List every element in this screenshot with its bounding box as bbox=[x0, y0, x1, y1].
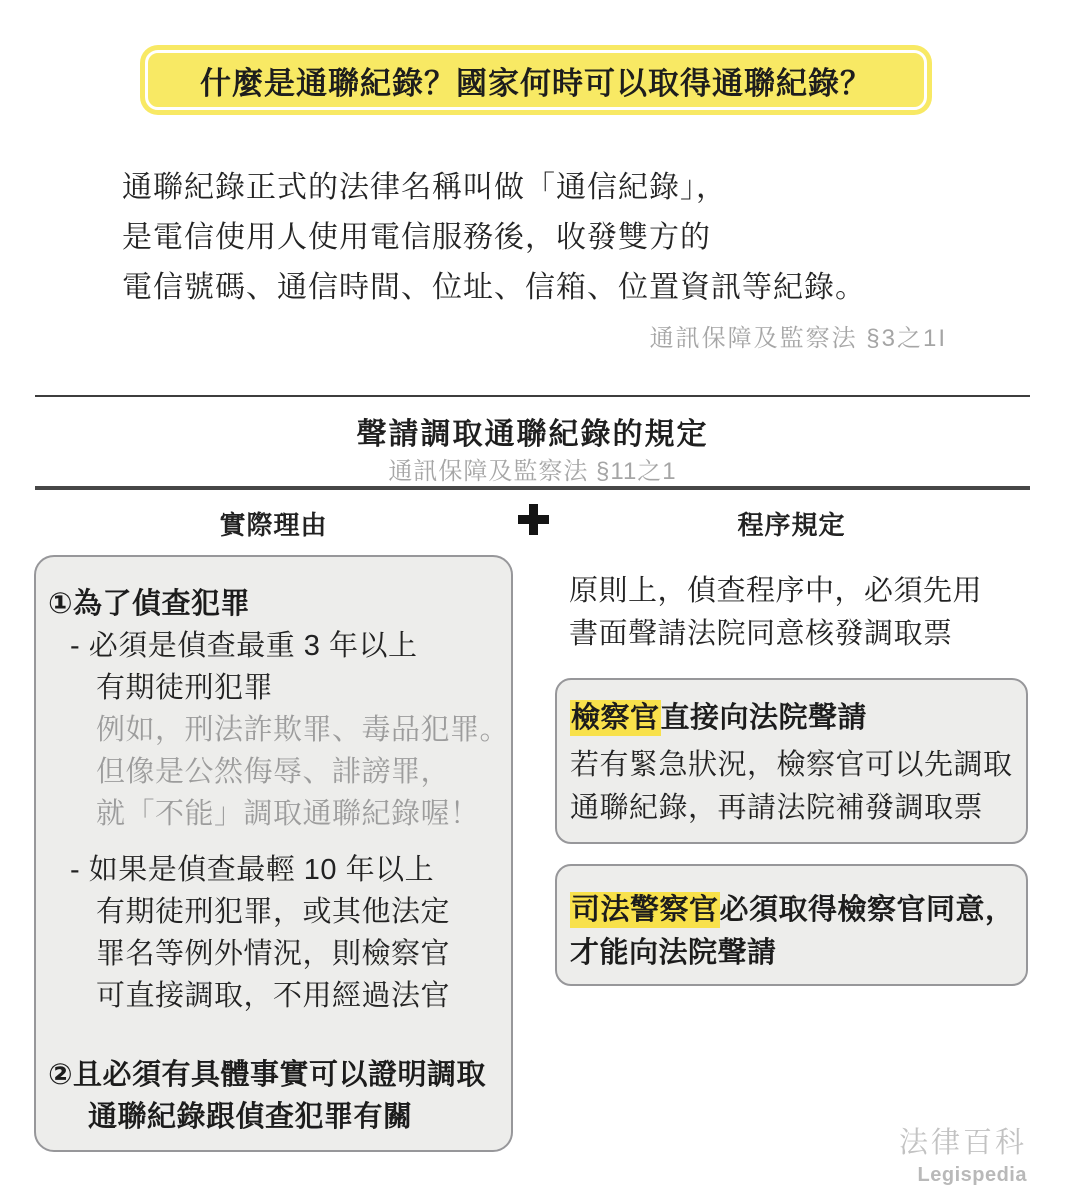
reason-1-note-line: 但像是公然侮辱、誹謗罪， bbox=[96, 751, 503, 793]
reason-1-exception-line: 有期徒刑犯罪，或其他法定 bbox=[96, 891, 503, 933]
prosecutor-card: 檢察官直接向法院聲請 若有緊急狀況，檢察官可以先調取 通聯紀錄，再請法院補發調取… bbox=[555, 678, 1028, 844]
highlight-judicial-police: 司法警察官 bbox=[570, 892, 720, 928]
brand-name-chinese: 法律百科 bbox=[899, 1120, 1027, 1161]
reason-1-note-line: 例如，刑法詐欺罪、毒品犯罪。 bbox=[96, 709, 503, 751]
reason-1-title: ①為了偵查犯罪 bbox=[48, 583, 503, 625]
law-citation-section: 通訊保障及監察法 §11之1 bbox=[0, 451, 1065, 486]
column-header-procedures: 程序規定 bbox=[555, 505, 1028, 542]
reason-2-line: 通聯紀錄跟偵查犯罪有關 bbox=[88, 1096, 503, 1138]
prosecutor-card-body-line: 通聯紀錄，再請法院補發調取票 bbox=[570, 787, 1026, 830]
infographic-page: { "banner": { "title": "什麼是通聯紀錄？國家何時可以取得… bbox=[0, 0, 1065, 1199]
reason-2-line: ②且必須有具體事實可以證明調取 bbox=[48, 1054, 503, 1096]
police-card: 司法警察官必須取得檢察官同意， 才能向法院聲請 bbox=[555, 864, 1028, 986]
section-title: 聲請調取通聯紀錄的規定 bbox=[0, 409, 1065, 453]
brand-logo: 法律百科 Legispedia bbox=[899, 1120, 1027, 1187]
law-citation-definition: 通訊保障及監察法 §3之1I bbox=[0, 318, 947, 353]
reason-1-exception-line: - 如果是偵查最輕 10 年以上 bbox=[70, 849, 503, 891]
definition-line: 電信號碼、通信時間、位址、信箱、位置資訊等紀錄。 bbox=[122, 263, 866, 313]
divider-bottom bbox=[35, 486, 1030, 490]
reason-1-exception-line: 罪名等例外情況，則檢察官 bbox=[96, 933, 503, 975]
definition-line: 通聯紀錄正式的法律名稱叫做「通信紀錄」， bbox=[122, 163, 866, 213]
highlight-prosecutor: 檢察官 bbox=[570, 700, 661, 736]
procedure-intro: 原則上，偵查程序中，必須先用 書面聲請法院同意核發調取票 bbox=[569, 570, 982, 656]
reasons-card: ①為了偵查犯罪 - 必須是偵查最重 3 年以上 有期徒刑犯罪 例如，刑法詐欺罪、… bbox=[34, 555, 513, 1152]
prosecutor-card-title: 檢察官直接向法院聲請 bbox=[570, 697, 1026, 740]
title-banner: 什麼是通聯紀錄？國家何時可以取得通聯紀錄？ bbox=[140, 45, 932, 115]
reason-1-rule-line: 有期徒刑犯罪 bbox=[96, 667, 503, 709]
reason-1-exception-line: 可直接調取，不用經過法官 bbox=[96, 975, 503, 1017]
prosecutor-card-title-rest: 直接向法院聲請 bbox=[661, 702, 868, 734]
page-title: 什麼是通聯紀錄？國家何時可以取得通聯紀錄？ bbox=[200, 58, 872, 103]
reason-1-rule-line: - 必須是偵查最重 3 年以上 bbox=[70, 625, 503, 667]
police-card-line: 才能向法院聲請 bbox=[570, 932, 1026, 975]
reason-1-note-line: 就「不能」調取通聯紀錄喔！ bbox=[96, 793, 503, 835]
brand-name-english: Legispedia bbox=[899, 1164, 1027, 1187]
column-header-reasons: 實際理由 bbox=[34, 505, 513, 542]
divider-top bbox=[35, 395, 1030, 397]
definition-line: 是電信使用人使用電信服務後，收發雙方的 bbox=[122, 213, 866, 263]
prosecutor-card-body-line: 若有緊急狀況，檢察官可以先調取 bbox=[570, 744, 1026, 787]
procedure-intro-line: 書面聲請法院同意核發調取票 bbox=[569, 613, 982, 656]
police-card-line-rest: 必須取得檢察官同意， bbox=[720, 894, 1015, 926]
police-card-line: 司法警察官必須取得檢察官同意， bbox=[570, 889, 1026, 932]
definition-paragraph: 通聯紀錄正式的法律名稱叫做「通信紀錄」， 是電信使用人使用電信服務後，收發雙方的… bbox=[122, 163, 866, 313]
procedure-intro-line: 原則上，偵查程序中，必須先用 bbox=[569, 570, 982, 613]
plus-icon bbox=[518, 504, 549, 535]
